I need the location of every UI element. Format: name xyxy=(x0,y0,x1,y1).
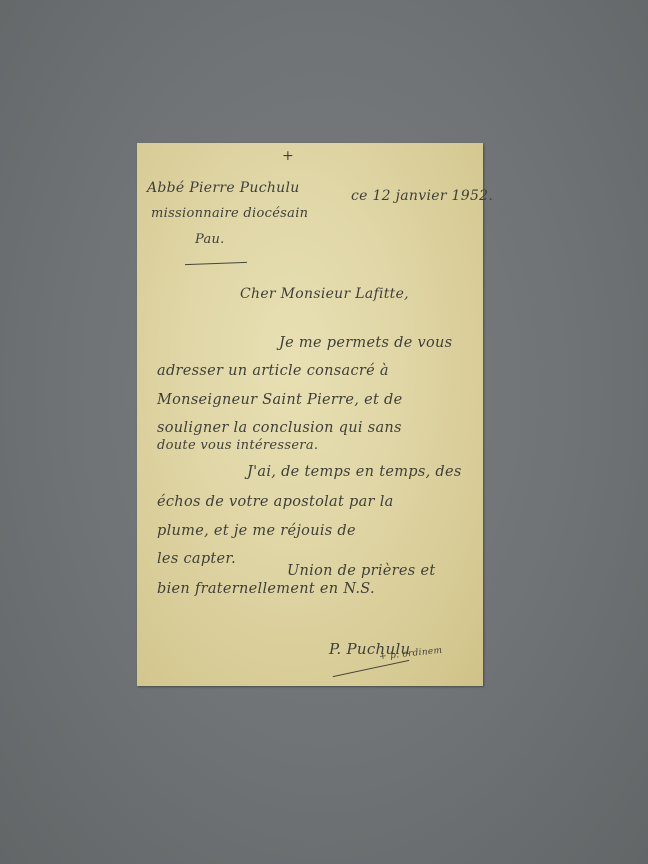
body-line: les capter. xyxy=(157,551,236,567)
sender-city: Pau. xyxy=(195,232,225,247)
sender-underline xyxy=(185,262,247,265)
body-line: adresser un article consacré à xyxy=(157,363,389,379)
letter-sheet: + Abbé Pierre Puchulu missionnaire diocé… xyxy=(137,143,483,686)
body-line: Je me permets de vous xyxy=(279,335,452,351)
signature-flourish xyxy=(333,660,410,677)
cross-mark: + xyxy=(282,148,294,164)
salutation: Cher Monsieur Lafitte, xyxy=(240,286,409,302)
body-line: souligner la conclusion qui sans xyxy=(157,420,402,436)
body-line: Union de prières et xyxy=(287,563,435,579)
body-line: J'ai, de temps en temps, des xyxy=(247,464,462,480)
body-line: doute vous intéressera. xyxy=(157,438,318,453)
body-line: Monseigneur Saint Pierre, et de xyxy=(157,392,402,408)
body-line: échos de votre apostolat par la xyxy=(157,494,394,510)
body-line: plume, et je me réjouis de xyxy=(157,523,356,539)
sender-role: missionnaire diocésain xyxy=(151,206,308,221)
letter-date: ce 12 janvier 1952. xyxy=(351,188,493,204)
body-line: bien fraternellement en N.S. xyxy=(157,581,375,597)
sender-name: Abbé Pierre Puchulu xyxy=(147,180,300,196)
